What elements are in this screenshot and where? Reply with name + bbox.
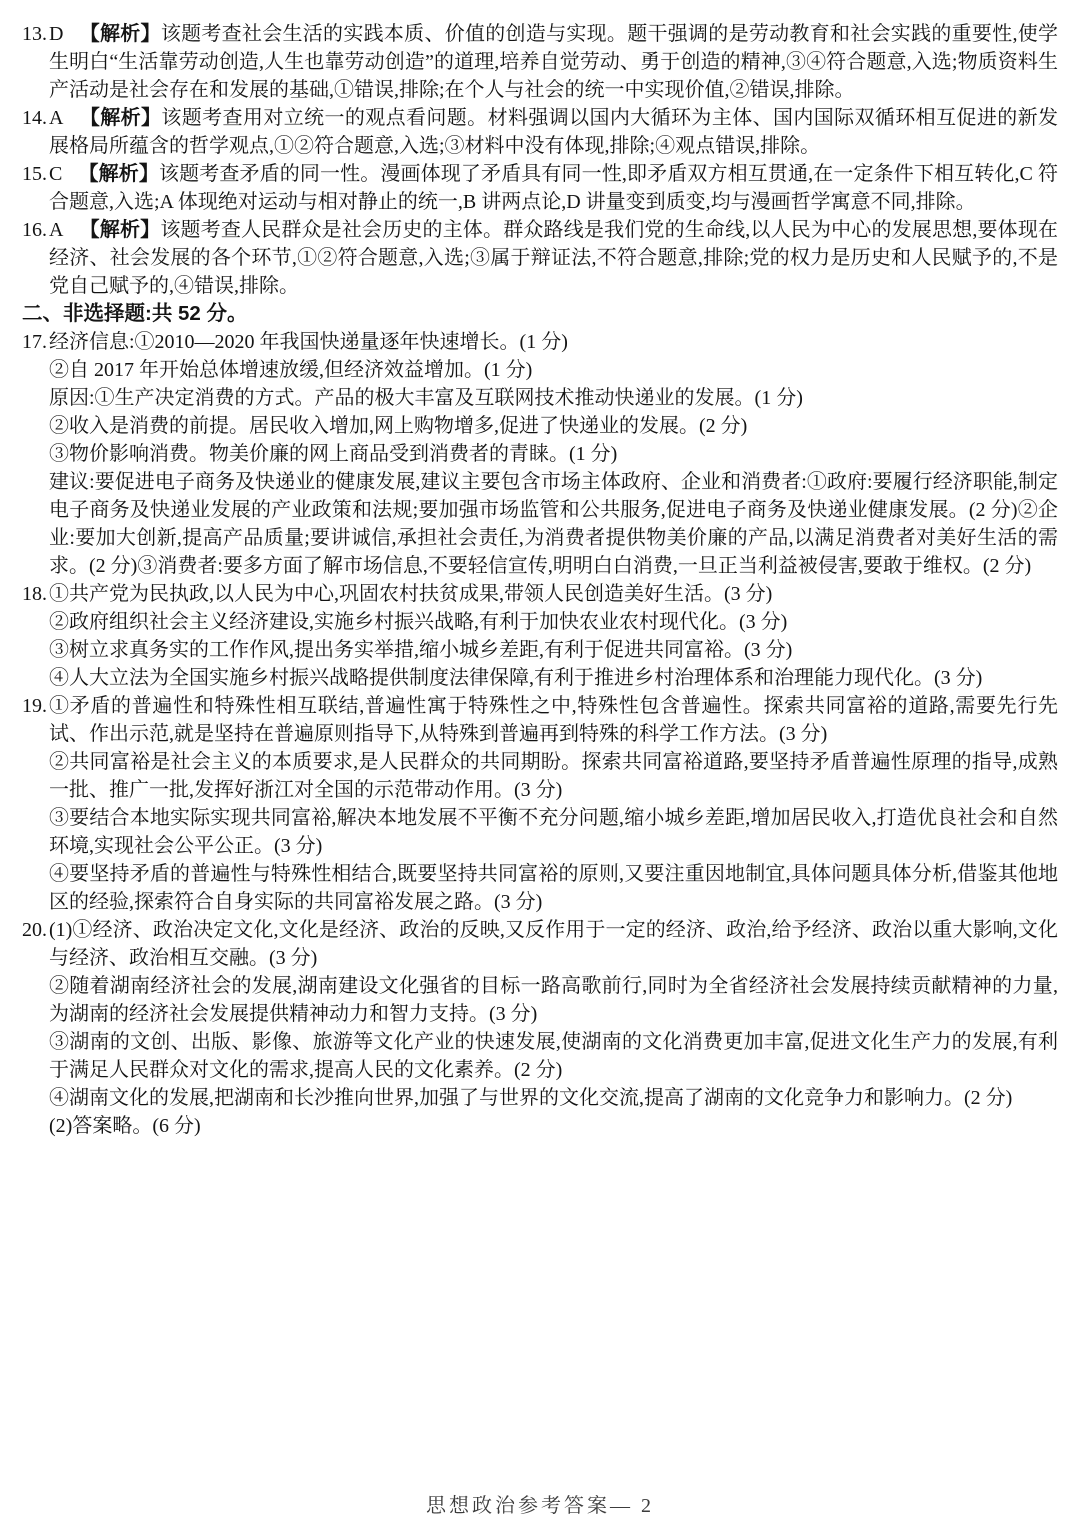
analysis-text: 该题考查社会生活的实践本质、价值的创造与实现。题干强调的是劳动教育和社会实践的重… bbox=[49, 23, 1058, 101]
section-header: 二、非选择题:共 52 分。 bbox=[22, 300, 1058, 328]
question-item-20: 20. (1)①经济、政治决定文化,文化是经济、政治的反映,又反作用于一定的经济… bbox=[22, 916, 1058, 1140]
answer-letter: A bbox=[49, 219, 63, 241]
analysis-text: 该题考查用对立统一的观点看问题。材料强调以国内大循环为主体、国内国际双循环相互促… bbox=[49, 107, 1058, 157]
question-item-16: 16. A【解析】该题考查人民群众是社会历史的主体。群众路线是我们党的生命线,以… bbox=[22, 216, 1058, 300]
answer-paragraph: ①矛盾的普遍性和特殊性相互联结,普遍性寓于特殊性之中,特殊性包含普遍性。探索共同… bbox=[49, 692, 1058, 748]
answer-paragraph: ③湖南的文创、出版、影像、旅游等文化产业的快速发展,使湖南的文化消费更加丰富,促… bbox=[49, 1028, 1058, 1084]
item-number: 13. bbox=[22, 20, 47, 48]
question-item-15: 15. C【解析】该题考查矛盾的同一性。漫画体现了矛盾具有同一性,即矛盾双方相互… bbox=[22, 160, 1058, 216]
item-number: 19. bbox=[22, 692, 47, 720]
answer-paragraph: ②收入是消费的前提。居民收入增加,网上购物增多,促进了快递业的发展。(2 分) bbox=[49, 412, 1058, 440]
analysis-paragraph: A【解析】该题考查用对立统一的观点看问题。材料强调以国内大循环为主体、国内国际双… bbox=[49, 104, 1058, 160]
analysis-paragraph: C【解析】该题考查矛盾的同一性。漫画体现了矛盾具有同一性,即矛盾双方相互贯通,在… bbox=[49, 160, 1058, 216]
answer-letter: C bbox=[49, 163, 62, 185]
question-item-19: 19. ①矛盾的普遍性和特殊性相互联结,普遍性寓于特殊性之中,特殊性包含普遍性。… bbox=[22, 692, 1058, 916]
analysis-paragraph: D【解析】该题考查社会生活的实践本质、价值的创造与实现。题干强调的是劳动教育和社… bbox=[49, 20, 1058, 104]
question-item-13: 13. D【解析】该题考查社会生活的实践本质、价值的创造与实现。题干强调的是劳动… bbox=[22, 20, 1058, 104]
answer-paragraph: ④湖南文化的发展,把湖南和长沙推向世界,加强了与世界的文化交流,提高了湖南的文化… bbox=[49, 1084, 1058, 1112]
answer-paragraph: 建议:要促进电子商务及快递业的健康发展,建议主要包含市场主体政府、企业和消费者:… bbox=[49, 468, 1058, 580]
answer-key-page: 13. D【解析】该题考查社会生活的实践本质、价值的创造与实现。题干强调的是劳动… bbox=[22, 20, 1058, 1140]
question-item-17: 17. 经济信息:①2010—2020 年我国快递量逐年快速增长。(1 分) ②… bbox=[22, 328, 1058, 580]
answer-paragraph: ①共产党为民执政,以人民为中心,巩固农村扶贫成果,带领人民创造美好生活。(3 分… bbox=[49, 580, 1058, 608]
analysis-tag: 【解析】 bbox=[79, 107, 161, 129]
item-number: 15. bbox=[22, 160, 47, 188]
item-number: 14. bbox=[22, 104, 47, 132]
answer-paragraph: ④人大立法为全国实施乡村振兴战略提供制度法律保障,有利于推进乡村治理体系和治理能… bbox=[49, 664, 1058, 692]
analysis-tag: 【解析】 bbox=[79, 23, 160, 45]
analysis-text: 该题考查矛盾的同一性。漫画体现了矛盾具有同一性,即矛盾双方相互贯通,在一定条件下… bbox=[49, 163, 1058, 213]
analysis-tag: 【解析】 bbox=[79, 219, 160, 241]
analysis-tag: 【解析】 bbox=[78, 163, 159, 185]
answer-paragraph: (2)答案略。(6 分) bbox=[49, 1112, 1058, 1140]
answer-paragraph: ②共同富裕是社会主义的本质要求,是人民群众的共同期盼。探索共同富裕道路,要坚持矛… bbox=[49, 748, 1058, 804]
answer-letter: D bbox=[49, 23, 63, 45]
analysis-paragraph: A【解析】该题考查人民群众是社会历史的主体。群众路线是我们党的生命线,以人民为中… bbox=[49, 216, 1058, 300]
answer-paragraph: 原因:①生产决定消费的方式。产品的极大丰富及互联网技术推动快递业的发展。(1 分… bbox=[49, 384, 1058, 412]
item-number: 16. bbox=[22, 216, 47, 244]
answer-paragraph: ②自 2017 年开始总体增速放缓,但经济效益增加。(1 分) bbox=[49, 356, 1058, 384]
question-item-18: 18. ①共产党为民执政,以人民为中心,巩固农村扶贫成果,带领人民创造美好生活。… bbox=[22, 580, 1058, 692]
answer-paragraph: ③物价影响消费。物美价廉的网上商品受到消费者的青睐。(1 分) bbox=[49, 440, 1058, 468]
answer-paragraph: ④要坚持矛盾的普遍性与特殊性相结合,既要坚持共同富裕的原则,又要注重因地制宜,具… bbox=[49, 860, 1058, 916]
answer-paragraph: (1)①经济、政治决定文化,文化是经济、政治的反映,又反作用于一定的经济、政治,… bbox=[49, 916, 1058, 972]
item-number: 20. bbox=[22, 916, 47, 944]
answer-letter: A bbox=[49, 107, 63, 129]
answer-paragraph: ②随着湖南经济社会的发展,湖南建设文化强省的目标一路高歌前行,同时为全省经济社会… bbox=[49, 972, 1058, 1028]
answer-paragraph: 经济信息:①2010—2020 年我国快递量逐年快速增长。(1 分) bbox=[49, 328, 1058, 356]
item-number: 18. bbox=[22, 580, 47, 608]
answer-paragraph: ③树立求真务实的工作作风,提出务实举措,缩小城乡差距,有利于促进共同富裕。(3 … bbox=[49, 636, 1058, 664]
question-item-14: 14. A【解析】该题考查用对立统一的观点看问题。材料强调以国内大循环为主体、国… bbox=[22, 104, 1058, 160]
answer-paragraph: ②政府组织社会主义经济建设,实施乡村振兴战略,有利于加快农业农村现代化。(3 分… bbox=[49, 608, 1058, 636]
answer-paragraph: ③要结合本地实际实现共同富裕,解决本地发展不平衡不充分问题,缩小城乡差距,增加居… bbox=[49, 804, 1058, 860]
item-number: 17. bbox=[22, 328, 47, 356]
page-footer: 思想政治参考答案— 2 bbox=[0, 1492, 1080, 1520]
analysis-text: 该题考查人民群众是社会历史的主体。群众路线是我们党的生命线,以人民为中心的发展思… bbox=[49, 219, 1058, 297]
